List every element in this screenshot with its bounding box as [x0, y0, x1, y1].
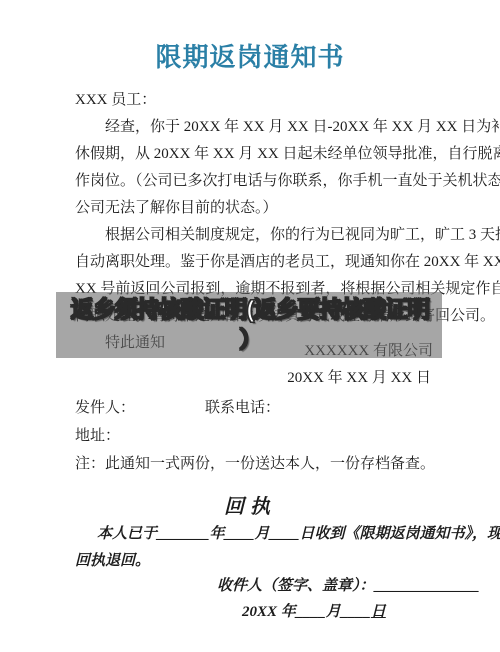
receipt-heading: 回执: [0, 490, 500, 519]
receipt-date-blanks: 20XX 年____月____: [242, 604, 371, 620]
sign-blank-line: ______________: [375, 578, 480, 594]
copies-note: 注：此通知一式两份，一份送达本人，一份存档备查。: [75, 452, 435, 473]
receipt-sign-row: 收件人（签字、盖章）：______________: [217, 574, 480, 595]
receipt-date-row: 20XX 年____月____日: [242, 600, 386, 621]
body-line: 根据公司相关制度规定，你的行为已视同为旷工，旷工 3 天按: [75, 222, 435, 249]
body-line: 经查，你于 20XX 年 XX 月 XX 日-20XX 年 XX 月 XX 日为…: [75, 114, 435, 141]
document-title: 限期返岗通知书: [0, 42, 500, 72]
phone-label: 联系电话：: [205, 396, 280, 417]
sender-label: 发件人：: [75, 400, 135, 416]
receipt-line: 本人已于_______年____月____日收到《限期返岗通知书》，现将: [75, 522, 470, 543]
receipt-line: 回执退回。: [75, 549, 150, 570]
body-line: 休假期，从 20XX 年 XX 月 XX 日起未经单位领导批准，自行脱离工: [75, 141, 435, 168]
notice-document: 限期返岗通知书 XXX 员工： 经查，你于 20XX 年 XX 月 XX 日-2…: [0, 0, 500, 652]
watermark-text: 返乡须持核酸证明(返乡要持核酸证明 ）: [50, 294, 450, 354]
watermark-line1: 返乡须持核酸证明(返乡要持核酸证明: [50, 294, 450, 324]
recipient-sign-label: 收件人（签字、盖章）：: [217, 578, 375, 594]
address-label: 地址：: [75, 424, 120, 445]
body-line: 公司无法了解你目前的状态。）: [75, 195, 435, 222]
salutation: XXX 员工：: [75, 87, 435, 114]
watermark-line2: ）: [50, 324, 450, 354]
signature-date: 20XX 年 XX 月 XX 日: [287, 366, 431, 387]
body-line: 作岗位。（公司已多次打电话与你联系，你手机一直处于关机状态，: [75, 168, 435, 195]
body-line: 自动离职处理。鉴于你是酒店的老员工，现通知你在 20XX 年 XX 月: [75, 249, 435, 276]
receipt-date-day: 日: [371, 604, 386, 620]
sender-row: 发件人： 联系电话：: [75, 396, 455, 417]
